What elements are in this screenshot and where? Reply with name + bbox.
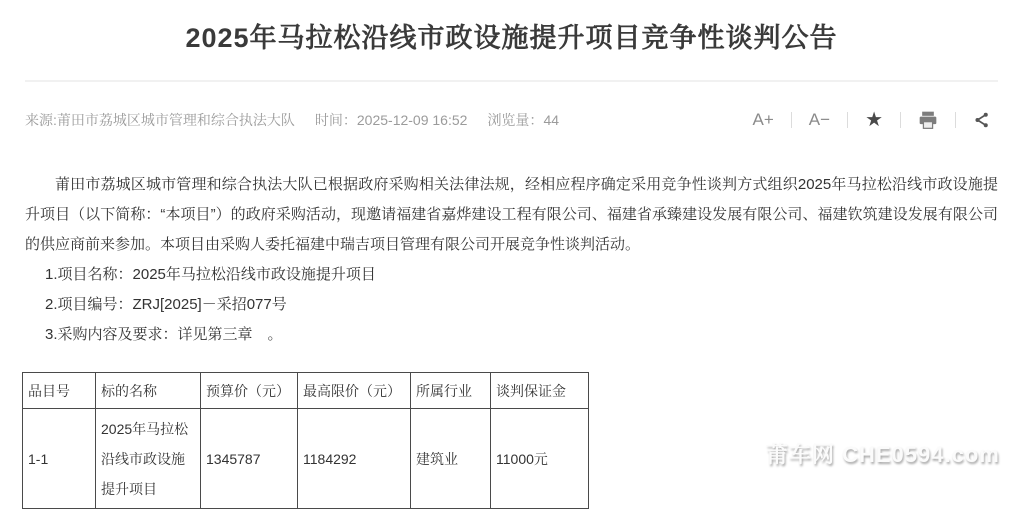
toolbar-divider: [900, 112, 901, 128]
views-value: 44: [543, 112, 559, 128]
favorite-button[interactable]: ★: [865, 110, 883, 130]
table-row: 1-1 2025年马拉松沿线市政设施提升项目 1345787 1184292 建…: [23, 409, 589, 509]
toolbar-divider: [847, 112, 848, 128]
share-icon: [973, 111, 991, 129]
cell-industry: 建筑业: [411, 409, 491, 509]
col-header-subject-name: 标的名称: [96, 373, 201, 409]
toolbar-divider: [791, 112, 792, 128]
article-toolbar: A+ A− ★: [753, 110, 992, 130]
font-decrease-button[interactable]: A−: [809, 110, 830, 130]
announcement-paragraph: 莆田市荔城区城市管理和综合执法大队已根据政府采购相关法律法规，经相应程序确定采用…: [25, 170, 998, 260]
col-header-industry: 所属行业: [411, 373, 491, 409]
views-meta: 浏览量：44: [487, 110, 559, 130]
time-value: 2025-12-09 16:52: [357, 112, 468, 128]
font-increase-button[interactable]: A+: [753, 110, 774, 130]
print-button[interactable]: [918, 110, 938, 130]
lot-table: 品目号 标的名称 预算价（元） 最高限价（元） 所属行业 谈判保证金 1-1 2…: [22, 372, 589, 509]
col-header-max-price: 最高限价（元）: [298, 373, 411, 409]
cell-subject-name: 2025年马拉松沿线市政设施提升项目: [96, 409, 201, 509]
project-name-line: 1.项目名称：2025年马拉松沿线市政设施提升项目: [45, 260, 998, 290]
time-label: 时间：: [315, 112, 357, 128]
title-divider: [25, 80, 998, 82]
source-value: 莆田市荔城区城市管理和综合执法大队: [57, 112, 295, 128]
lot-table-body: 1-1 2025年马拉松沿线市政设施提升项目 1345787 1184292 建…: [23, 409, 589, 509]
procurement-content-line: 3.采购内容及要求：详见第三章 。: [45, 320, 998, 350]
source-meta: 来源:莆田市荔城区城市管理和综合执法大队: [25, 110, 295, 130]
col-header-budget-price: 预算价（元）: [201, 373, 298, 409]
article-meta: 来源:莆田市荔城区城市管理和综合执法大队 时间：2025-12-09 16:52…: [25, 110, 559, 130]
cell-deposit: 11000元: [491, 409, 589, 509]
meta-row: 来源:莆田市荔城区城市管理和综合执法大队 时间：2025-12-09 16:52…: [0, 106, 1023, 134]
project-number-line: 2.项目编号：ZRJ[2025]－采招077号: [45, 290, 998, 320]
page-title: 2025年马拉松沿线市政设施提升项目竞争性谈判公告: [0, 0, 1023, 56]
views-label: 浏览量：: [487, 112, 543, 128]
col-header-deposit: 谈判保证金: [491, 373, 589, 409]
article-body: 莆田市荔城区城市管理和综合执法大队已根据政府采购相关法律法规，经相应程序确定采用…: [0, 170, 1023, 509]
col-header-item-no: 品目号: [23, 373, 96, 409]
lot-table-header: 品目号 标的名称 预算价（元） 最高限价（元） 所属行业 谈判保证金: [23, 373, 589, 409]
header-row: 品目号 标的名称 预算价（元） 最高限价（元） 所属行业 谈判保证金: [23, 373, 589, 409]
source-label: 来源:: [25, 112, 57, 128]
time-meta: 时间：2025-12-09 16:52: [315, 110, 468, 130]
printer-icon: [918, 110, 938, 130]
toolbar-divider: [955, 112, 956, 128]
announcement-page: 2025年马拉松沿线市政设施提升项目竞争性谈判公告 来源:莆田市荔城区城市管理和…: [0, 0, 1023, 510]
cell-item-no: 1-1: [23, 409, 96, 509]
cell-max-price: 1184292: [298, 409, 411, 509]
share-button[interactable]: [973, 111, 991, 129]
star-icon: ★: [865, 110, 883, 130]
cell-budget-price: 1345787: [201, 409, 298, 509]
